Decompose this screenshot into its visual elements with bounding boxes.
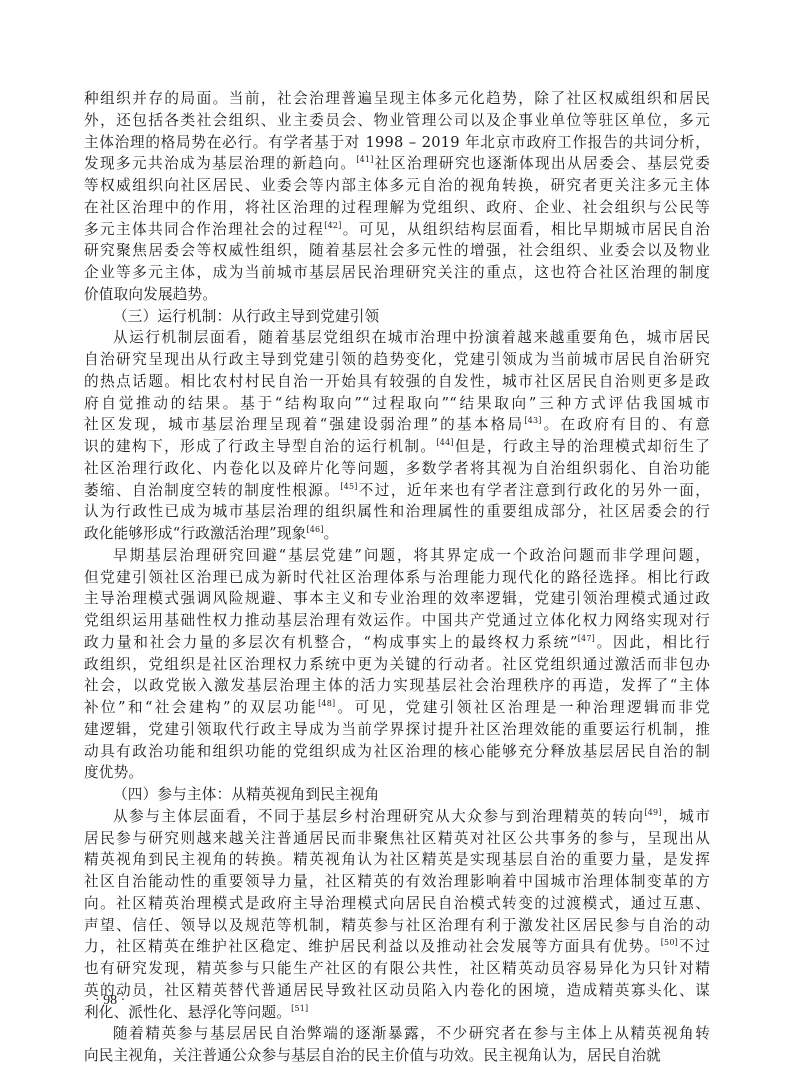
- citation-marker[interactable]: [51]: [291, 1004, 308, 1013]
- text-line: 社区发现，城市基层治理呈现着“强建设弱治理”的基本格局[43]。在政府有目的、有…: [84, 414, 710, 436]
- text-line: 也有研究发现，精英参与只能生产社区的有限公共性，社区精英动员容易异化为只针对精: [84, 958, 710, 980]
- text-line: 研究聚焦居委会等权威性组织，随着基层社会多元性的增强，社会组织、业委会以及物业: [84, 240, 710, 262]
- text-line: 党组织运用基础性权力推动基层治理有效运作。中国共产党通过立体化权力网络实现对行: [84, 610, 710, 632]
- text-line: 多元主体共同合作治理社会的过程[42]。可见，从组织结构层面看，相比早期城市居民…: [84, 219, 710, 241]
- text-line: 的热点话题。相比农村村民自治一开始具有较强的自发性，城市社区居民自治则更多是政: [84, 371, 710, 393]
- paragraph: 从运行机制层面看，随着基层党组织在城市治理中扮演着越来越重要角色，城市居民自治研…: [84, 327, 710, 545]
- text-line: 度优势。: [84, 762, 710, 784]
- text-line: 外，还包括各类社会组织、业主委员会、物业管理公司以及企事业单位等驻区单位，多元: [84, 110, 710, 132]
- text-line: 政化能够形成“行政激活治理”现象[46]。: [84, 523, 710, 545]
- text-line: 但党建引领社区治理已成为新时代社区治理体系与治理能力现代化的路径选择。相比行政: [84, 567, 710, 589]
- text-line: 向。社区精英治理模式是政府主导治理模式向居民自治模式转变的过渡模式，通过互惠、: [84, 893, 710, 915]
- text-line: 精英视角到民主视角的转换。精英视角认为社区精英是实现基层自治的重要力量，是发挥: [84, 849, 710, 871]
- text-line: 社区自治能动性的重要领导力量，社区精英的有效治理影响着中国城市治理体制变革的方: [84, 871, 710, 893]
- section-heading: （三）运行机制：从行政主导到党建引领: [84, 306, 710, 328]
- text-line: 政组织，党组织是社区治理权力系统中更为关键的行动者。社区党组织通过激活而非包办: [84, 654, 710, 676]
- text-line: 政力量和社会力量的多层次有机整合，“构成事实上的最终权力系统”[47]。因此，相…: [84, 632, 710, 654]
- text-line: 种组织并存的局面。当前，社会治理普遍呈现主体多元化趋势，除了社区权威组织和居民: [84, 88, 710, 110]
- text-line: 英的动员，社区精英替代普通居民导致社区动员陷入内卷化的困境，造成精英寡头化、谋: [84, 980, 710, 1002]
- text-line: 社会，以政党嵌入激发基层治理主体的活力实现基层社会治理秩序的再造，发挥了“主体: [84, 675, 710, 697]
- paragraph: 种组织并存的局面。当前，社会治理普遍呈现主体多元化趋势，除了社区权威组织和居民外…: [84, 88, 710, 306]
- citation-marker[interactable]: [44]: [436, 438, 453, 447]
- citation-marker[interactable]: [50]: [661, 938, 678, 947]
- text-line: 府自觉推动的结果。基于“结构取向”“过程取向”“结果取向”三种方式评估我国城市: [84, 393, 710, 415]
- text-line: 居民参与研究则越来越关注普通居民而非聚焦社区精英对社区公共事务的参与，呈现出从: [84, 828, 710, 850]
- citation-marker[interactable]: [48]: [318, 699, 335, 708]
- text-line: 萎缩、自治制度空转的制度性根源。[45]不过，近年来也有学者注意到行政化的另外一…: [84, 480, 710, 502]
- text-line: 自治研究呈现出从行政主导到党建引领的趋势变化，党建引领成为当前城市居民自治研究: [84, 349, 710, 371]
- paragraph: 从参与主体层面看，不同于基层乡村治理研究从大众参与到治理精英的转向[49]，城市…: [84, 806, 710, 1024]
- citation-marker[interactable]: [47]: [578, 634, 595, 643]
- article-body: 种组织并存的局面。当前，社会治理普遍呈现主体多元化趋势，除了社区权威组织和居民外…: [84, 88, 710, 1067]
- citation-marker[interactable]: [41]: [356, 155, 373, 164]
- citation-marker[interactable]: [46]: [306, 525, 323, 534]
- text-line: 在社区治理中的作用，将社区治理的过程理解为党组织、政府、企业、社会组织与公民等: [84, 197, 710, 219]
- text-line: 价值取向发展趋势。: [84, 284, 710, 306]
- text-line: 声望、信任、领导以及规范等机制，精英参与社区治理有利于激发社区居民参与自治的动: [84, 915, 710, 937]
- text-line: 从参与主体层面看，不同于基层乡村治理研究从大众参与到治理精英的转向[49]，城市: [84, 806, 710, 828]
- text-line: 随着精英参与基层居民自治弊端的逐渐暴露，不少研究者在参与主体上从精英视角转: [84, 1023, 710, 1045]
- citation-marker[interactable]: [43]: [524, 416, 541, 425]
- page-number: · 98 ·: [95, 993, 125, 1009]
- text-line: 向民主视角，关注普通公众参与基层自治的民主价值与功效。民主视角认为，居民自治就: [84, 1045, 710, 1067]
- text-line: 企业等多元主体，成为当前城市基层居民治理研究关注的重点，这也符合社区治理的制度: [84, 262, 710, 284]
- citation-marker[interactable]: [45]: [340, 482, 357, 491]
- text-line: 主导治理模式强调风险规避、事本主义和专业治理的效率逻辑，党建引领治理模式通过政: [84, 588, 710, 610]
- text-line: 早期基层治理研究回避“基层党建”问题，将其界定成一个政治问题而非学理问题，: [84, 545, 710, 567]
- section-heading: （四）参与主体：从精英视角到民主视角: [84, 784, 710, 806]
- text-line: 发现多元共治成为基层治理的新趋向。[41]社区治理研究也逐渐体现出从居委会、基层…: [84, 153, 710, 175]
- text-line: 动具有政治功能和组织功能的党组织成为社区治理的核心能够充分释放基层居民自治的制: [84, 741, 710, 763]
- text-line: 主体治理的格局势在必行。有学者基于对 1998 – 2019 年北京市政府工作报…: [84, 132, 710, 154]
- text-line: 识的建构下，形成了行政主导型自治的运行机制。[44]但是，行政主导的治理模式却衍…: [84, 436, 710, 458]
- text-line: 社区治理行政化、内卷化以及碎片化等问题，多数学者将其视为自治组织弱化、自治功能: [84, 458, 710, 480]
- text-line: 补位”和“社会建构”的双层功能[48]。可见，党建引领社区治理是一种治理逻辑而非…: [84, 697, 710, 719]
- text-line: 从运行机制层面看，随着基层党组织在城市治理中扮演着越来越重要角色，城市居民: [84, 327, 710, 349]
- text-line: 认为行政性已成为城市基层治理的组织属性和治理属性的重要组成部分，社区居委会的行: [84, 501, 710, 523]
- text-line: 力，社区精英在维护社区稳定、维护居民利益以及推动社会发展等方面具有优势。[50]…: [84, 936, 710, 958]
- citation-marker[interactable]: [42]: [324, 221, 341, 230]
- paragraph: 随着精英参与基层居民自治弊端的逐渐暴露，不少研究者在参与主体上从精英视角转向民主…: [84, 1023, 710, 1067]
- paragraph: 早期基层治理研究回避“基层党建”问题，将其界定成一个政治问题而非学理问题，但党建…: [84, 545, 710, 784]
- citation-marker[interactable]: [49]: [644, 808, 661, 817]
- text-line: 建逻辑，党建引领取代行政主导成为当前学界探讨提升社区治理效能的重要运行机制，推: [84, 719, 710, 741]
- text-line: 利化、派性化、悬浮化等问题。[51]: [84, 1002, 710, 1024]
- text-line: 等权威组织向社区居民、业委会等内部主体多元自治的视角转换，研究者更关注多元主体: [84, 175, 710, 197]
